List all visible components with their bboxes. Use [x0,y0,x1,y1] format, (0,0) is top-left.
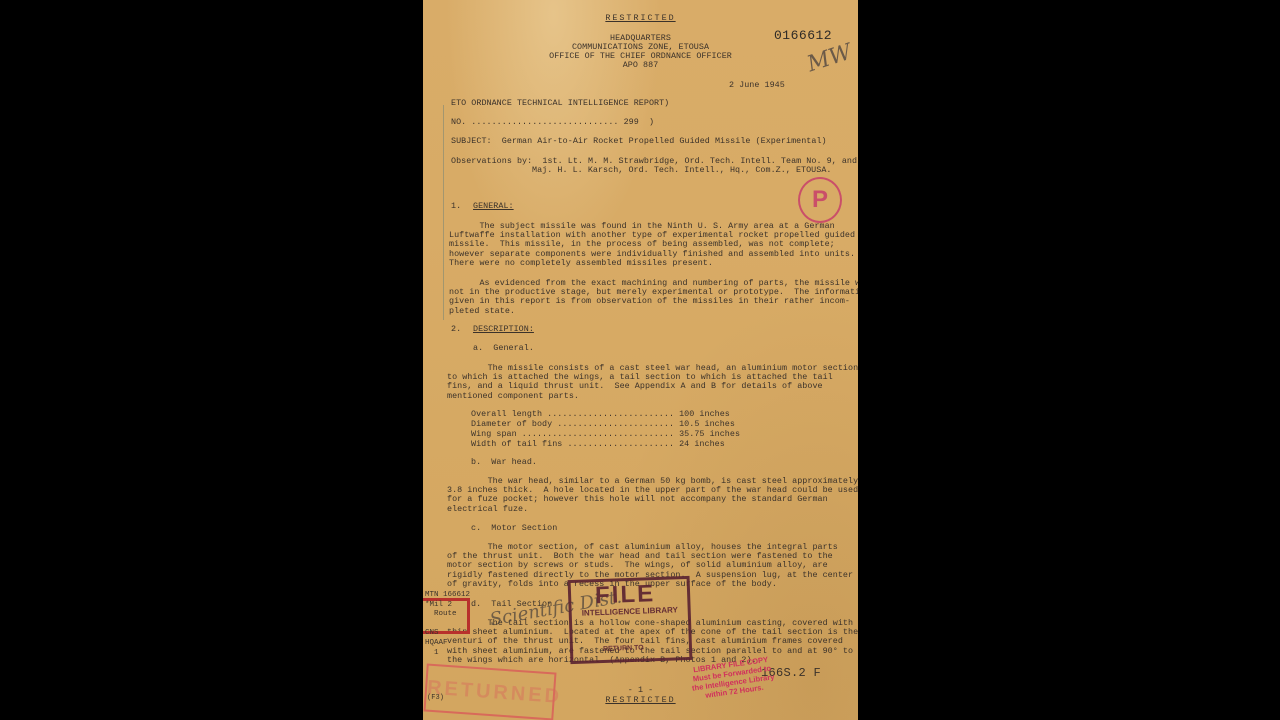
spec-diameter: Diameter of body .......................… [471,420,735,429]
report-subject: SUBJECT: German Air-to-Air Rocket Propel… [451,137,827,146]
spec-overall-length: Overall length .........................… [471,410,730,419]
classification-top: RESTRICTED [423,14,858,23]
classification-bottom: RESTRICTED [423,696,858,705]
spec-tail-fin-width: Width of tail fins .....................… [471,440,725,449]
subsection-a-label: a. General. [473,344,534,353]
page-number: - 1 - [423,686,858,695]
section-1-paragraph-2: As evidenced from the exact machining an… [449,279,858,316]
file-stamp-footer: RETURN TO [603,645,644,653]
section-1-title: GENERAL: [473,202,514,211]
observations-line-2: Maj. H. L. Karsch, Ord. Tech. Intell., H… [532,166,831,175]
subsection-c-label: c. Motor Section [471,524,557,533]
header-line-4: APO 887 [423,61,858,70]
report-title: ETO ORDNANCE TECHNICAL INTELLIGENCE REPO… [451,99,669,108]
document-page: RESTRICTED 0166612 MW HEADQUARTERS COMMU… [423,0,858,720]
p-stamp: P [798,177,842,223]
document-date: 2 June 1945 [729,81,785,90]
routing-notes: MTN 166612 *Mil 2 Route CNS HQAAF 1 [425,591,470,658]
file-stamp-subtitle: INTELLIGENCE LIBRARY [582,605,678,617]
subsection-b-label: b. War head. [471,458,537,467]
section-2-title: DESCRIPTION: [473,325,534,334]
subsection-b-paragraph: The war head, similar to a German 50 kg … [447,477,858,514]
margin-line [443,105,444,320]
subsection-a-paragraph: The missile consists of a cast steel war… [447,364,858,401]
report-number: NO. ............................. 299 ) [451,118,654,127]
section-1-number: 1. [451,202,461,211]
section-2-number: 2. [451,325,461,334]
section-1-paragraph-1: The subject missile was found in the Nin… [449,222,855,268]
spec-wing-span: Wing span ..............................… [471,430,740,439]
file-stamp: FILE INTELLIGENCE LIBRARY RETURN TO [568,576,693,664]
